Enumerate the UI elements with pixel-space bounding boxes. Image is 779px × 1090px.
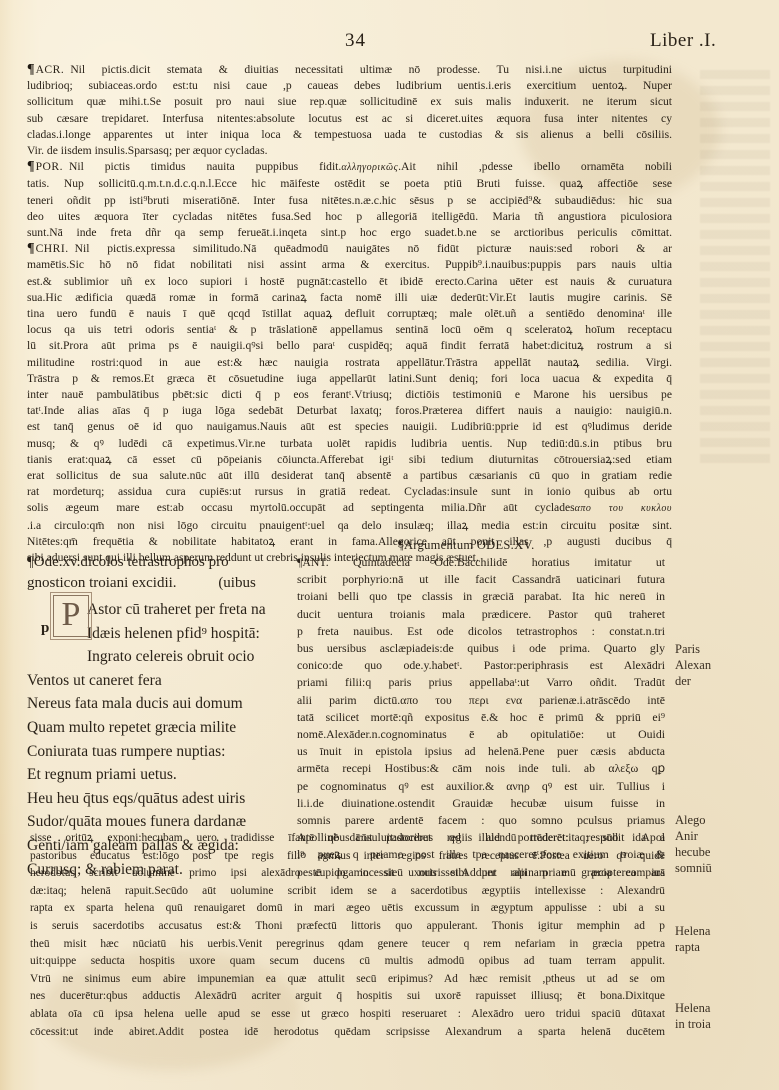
commentary-text: ludibrioq; subiaceas.ordo est:tu nisi ca… xyxy=(27,79,672,92)
commentary-line: rat mordeturq; assidua cura cupiēs:ut ru… xyxy=(27,484,672,500)
marginal-note-line: rapta xyxy=(675,939,710,955)
commentary-line: est tanq̄ genus oē id quo nauigamus.Naui… xyxy=(27,419,672,435)
marginal-note-line: hecube xyxy=(675,844,712,860)
guide-letter: p xyxy=(41,617,49,641)
commentary-line: theū misit hæc nūciatū his uerbis.Venit … xyxy=(30,936,665,954)
marginal-note-line: Paris xyxy=(675,641,711,657)
pilcrow-mark: ¶ xyxy=(27,62,35,77)
commentary-text: Nil pictis timidus nauita puppibus fidit… xyxy=(69,160,341,173)
commentary-line: ¶POR.Nil pictis timidus nauita puppibus … xyxy=(27,159,672,176)
catchword: (uibus xyxy=(218,575,256,591)
commentary-line: ¶ACR.Nil pictis.dicit stemata & diuitias… xyxy=(27,62,672,78)
greek-text: απο του κυκλου xyxy=(575,503,672,514)
commentary-text: lū sit.Prora aūt prima ps ē nauigii.qꝰsi… xyxy=(27,339,672,352)
commentary-text: tatᵗ.Inde alias aīas q̄ p iuga lōga sede… xyxy=(27,404,672,417)
argument-heading: ¶Argumentum ODES.XV. xyxy=(398,538,535,553)
argument-line: us īnuit in epistola ipsius ad helenā.Pe… xyxy=(297,743,665,760)
commentary-text: rat mordeturq; assidua cura cupiēs:ut ru… xyxy=(27,485,672,498)
commentary-text: Nitētes:qm̄ frequētia & nobilitate habit… xyxy=(27,535,672,548)
commentary-text: sollicitum quæ mihi.t.Se posuit pro naui… xyxy=(27,95,672,108)
commentary-line: .i.a circulo:qm̄ non nisi lōgo circuitu … xyxy=(27,518,672,534)
argument-line: tatā scilicet mortē:qñ expositus ē.& hoc… xyxy=(297,709,665,726)
commentary-text: locus qa uis tetri odoris sentiaᵗ & p tr… xyxy=(27,323,672,336)
commentary-line: deo uites æquora īter cycladas nitētes f… xyxy=(27,209,672,225)
commentary-text: tianis erat:quaꝝ cā esset cū pōpeianis c… xyxy=(27,453,672,466)
argument-line: priami filii:q paris prius appellabaᵗ:ut… xyxy=(297,674,665,691)
initial-letter: P xyxy=(53,595,89,637)
argument-line: nomē.Alexāder.n.cognominatus ē ab opitul… xyxy=(297,726,665,743)
commentary-text: deo uites æquora īter cycladas nitētes f… xyxy=(27,210,672,223)
commentary-text: mamētis.Sic hō nō fidat nobilitati nisi … xyxy=(27,258,672,271)
commentary-line: Vir. de iisdem insulis.Sparsasq; per æqu… xyxy=(27,143,672,159)
argument-line: bus uersibus asclæpiadeis:de quibus i od… xyxy=(297,640,665,657)
verse-line: Quam multo repetet græcia milite xyxy=(27,716,292,740)
commentary-line: ablata oīa cū ipsa helena uelle apud se … xyxy=(30,1006,665,1024)
commentary-text: Vir. de iisdem insulis.Sparsasq; per æqu… xyxy=(27,144,267,157)
commentary-line: tatᵗ.Inde alias aīas q̄ p iuga lōga sede… xyxy=(27,403,672,419)
commentary-line: dæ:itaq; helenā rapuit.Secūdo aūt uolumi… xyxy=(30,883,665,901)
argument-line: scribit porphyrio:nā ut ille facit Cassa… xyxy=(297,571,665,588)
commentary-text: sub cæsare trepidaret. Interfusa nitente… xyxy=(27,112,672,125)
commentary-line: teneri oñdit pp isti⁹bruti miseratiōnē. … xyxy=(27,193,672,209)
commentary-text: teneri oñdit pp isti⁹bruti miseratiōnē. … xyxy=(27,194,672,207)
verse-line: Coniurata tuas rumpere nuptias: xyxy=(27,740,292,764)
commentary-text: Nil pictis.expressa similitudo.Nā quēadm… xyxy=(75,242,672,255)
commentary-text: Nil pictis.dicit stemata & diuitias nece… xyxy=(70,63,672,76)
argument-line: somnis parere ardentē facem : quo somno … xyxy=(297,812,665,829)
commentary-line: inter nauē pambulātibus pbēt:sic dicti q… xyxy=(27,387,672,403)
commentary-text: cladas.i.longe apparentes ut inter iniqu… xyxy=(27,128,672,141)
commentary-top: ¶ACR.Nil pictis.dicit stemata & diuitias… xyxy=(27,62,672,566)
commentary-text: erat sollicitus de sua salute.nūc aūt il… xyxy=(27,469,672,482)
marginal-note: Helenarapta xyxy=(675,923,710,955)
marginal-note-line: in troia xyxy=(675,1016,711,1032)
show-through-text xyxy=(700,70,770,470)
marginal-note-line: Helena xyxy=(675,1000,711,1016)
ode-heading-continued: gnosticon troiani excidii. (uibus xyxy=(27,573,292,594)
commentary-line: erat sollicitus de sua salute.nūc aūt il… xyxy=(27,468,672,484)
verse-line: Et regnum priami uetus. xyxy=(27,763,292,787)
commentary-line: sisse oritūꝝ exponi:hecubam uero tradidi… xyxy=(30,830,665,848)
argument-line: pe cognominatus qꝰ est auxilior.& ανηρ q… xyxy=(297,778,665,795)
marginal-note-line: Alexan xyxy=(675,657,711,673)
commentary-line: mamētis.Sic hō nō fidat nobilitati nisi … xyxy=(27,257,672,273)
commentary-text: musq; & qꝰ ludēdi cā expetimus.Vir.ne tu… xyxy=(27,437,672,450)
commentary-line: sollicitum quæ mihi.t.Se posuit pro naui… xyxy=(27,94,672,110)
book-title: Liber .I. xyxy=(650,30,716,52)
commentary-text: .i.a circulo:qm̄ non nisi lōgo circuitu … xyxy=(27,519,672,532)
commentary-line: pastoribus educatus est:lōgo post tpe re… xyxy=(30,848,665,866)
commentary-line: sunt.Nā inde freta dñr qa semp ferueāt.i… xyxy=(27,225,672,241)
commentary-text: solis ægeum mare est:ab occasu myrtolū.o… xyxy=(27,501,575,514)
commentary-line: sub cæsare trepidaret. Interfusa nitente… xyxy=(27,111,672,127)
verse-line: Nereus fata mala ducis aui domum xyxy=(27,692,292,716)
verse-line: Ventos ut caneret fera xyxy=(27,669,292,693)
commentary-text: tatis. Nup sollicitū.q.m.t.n.d.c.q.n.l.E… xyxy=(27,177,672,190)
pilcrow-mark: ¶ xyxy=(27,241,35,256)
argument-line: p freta nauibus. Est ode dicolos tetrast… xyxy=(297,623,665,640)
commentary-line: ludibrioq; subiaceas.ordo est:tu nisi ca… xyxy=(27,78,672,94)
pilcrow-mark: ¶ xyxy=(27,159,35,174)
commentary-line: nes ducerētur:qbus adductis Alexādrū acr… xyxy=(30,988,665,1006)
commentary-bottom: sisse oritūꝝ exponi:hecubam uero tradidi… xyxy=(30,830,665,1041)
greek-text: αλληγορικῶς xyxy=(341,162,398,173)
argument-line: ducit uentura troianis mala prædicere. P… xyxy=(297,606,665,623)
commentary-text: est.& sublimior uñ ex loco supiori i hos… xyxy=(27,275,672,288)
commentary-text: est tanq̄ genus oē id quo nauigamus.Naui… xyxy=(27,420,672,433)
commentary-line: cōcessit:ut inde abiret.Addit postea idē… xyxy=(30,1024,665,1042)
marginal-note: AlegoAnirhecubesomniū xyxy=(675,812,712,876)
commentary-line: ¶CHRI.Nil pictis.expressa similitudo.Nā … xyxy=(27,241,672,257)
commentary-line: lū sit.Prora aūt prima ps ē nauigii.qꝰsi… xyxy=(27,338,672,354)
argument-line: conico:de quo ode.y.habetᵗ. Pastor:perip… xyxy=(297,657,665,674)
commentary-line: uit:quippe seducta hospitis uxore quam s… xyxy=(30,953,665,971)
marginal-note-line: Helena xyxy=(675,923,710,939)
commentary-line: militudine rostri:quod in aue est:& hæc … xyxy=(27,355,672,371)
marginal-note: ParisAlexander xyxy=(675,641,711,689)
commentary-line: solis ægeum mare est:ab occasu myrtolū.o… xyxy=(27,500,672,517)
commentary-line: Vtrū ne sinimus eum abire impunemian ea … xyxy=(30,971,665,989)
commentary-line: rapta ex sparta helena quū renauigaret d… xyxy=(30,900,665,918)
argument-line: ¶ANT. Quintadecia Ode.Bacchilidē horatiu… xyxy=(297,554,665,571)
marginal-note-line: somniū xyxy=(675,860,712,876)
verse-line: Heu heu q̄tus eqs/quātus adest uiris xyxy=(27,787,292,811)
commentary-line: cladas.i.longe apparentes ut inter iniqu… xyxy=(27,127,672,143)
ode-heading: ¶Ode.xv.dicolos tetrastrophos pro xyxy=(27,552,292,573)
marginal-note: Helenain troia xyxy=(675,1000,711,1032)
commentator-siglum: CHRI. xyxy=(36,242,69,255)
commentary-line: tina uero fundū ē nauis ī quē qcqd īstil… xyxy=(27,306,672,322)
commentator-siglum: ACR. xyxy=(36,63,65,76)
decorated-initial: p P xyxy=(41,595,85,649)
marginal-note-line: der xyxy=(675,673,711,689)
argument-line: li.i.de diuinatione.ostendit Grauidæ hec… xyxy=(297,795,665,812)
folio-number: 34 xyxy=(345,30,366,52)
book-page: 34 Liber .I. ¶ACR.Nil pictis.dicit stema… xyxy=(0,0,779,1090)
commentary-line: tianis erat:quaꝝ cā esset cū pōpeianis c… xyxy=(27,452,672,468)
commentator-siglum: POR. xyxy=(36,160,63,173)
ode-heading-text: gnosticon troiani excidii. xyxy=(27,575,177,591)
running-head: 34 Liber .I. xyxy=(0,30,779,54)
argument-line: alii parim dictū.απο του περι ενα parien… xyxy=(297,692,665,709)
commentary-text: militudine rostri:quod in aue est:& hæc … xyxy=(27,356,672,369)
commentary-line: Trāstra p & remos.Et græca ēt cōsuetudin… xyxy=(27,371,672,387)
commentary-text: sua.Hic ædificia quædā romæ in formā car… xyxy=(27,291,672,304)
commentary-line: locus qa uis tetri odoris sentiaᵗ & p tr… xyxy=(27,322,672,338)
argument-line: troiani belli quo tpe classis in græciā … xyxy=(297,588,665,605)
commentary-line: herodotus scribit uolumine primo ipsi al… xyxy=(30,865,665,883)
commentary-text: sunt.Nā inde freta dñr qa semp ferueāt.i… xyxy=(27,226,672,239)
commentary-line: tatis. Nup sollicitū.q.m.t.n.d.c.q.n.l.E… xyxy=(27,176,672,192)
commentary-line: musq; & qꝰ ludēdi cā expetimus.Vir.ne tu… xyxy=(27,436,672,452)
commentary-line: Nitētes:qm̄ frequētia & nobilitate habit… xyxy=(27,534,672,550)
marginal-note-line: Alego xyxy=(675,812,712,828)
commentary-text: inter nauē pambulātibus pbēt:sic dicti q… xyxy=(27,388,672,401)
commentary-text: tina uero fundū ē nauis ī quē qcqd īstil… xyxy=(27,307,672,320)
argument-line: armēta recepi Hostibus:& cām nois inde t… xyxy=(297,760,665,777)
commentary-text: Trāstra p & remos.Et græca ēt cōsuetudin… xyxy=(27,372,672,385)
marginal-note-line: Anir xyxy=(675,828,712,844)
commentary-line: est.& sublimior uñ ex loco supiori i hos… xyxy=(27,274,672,290)
commentary-text: .Ait nihil ,pdesse ibello ornamēta nobil… xyxy=(398,160,672,173)
commentary-line: sua.Hic ædificia quædā romæ in formā car… xyxy=(27,290,672,306)
commentary-line: is seruis sacerdotibs accusatus est:& Th… xyxy=(30,918,665,936)
